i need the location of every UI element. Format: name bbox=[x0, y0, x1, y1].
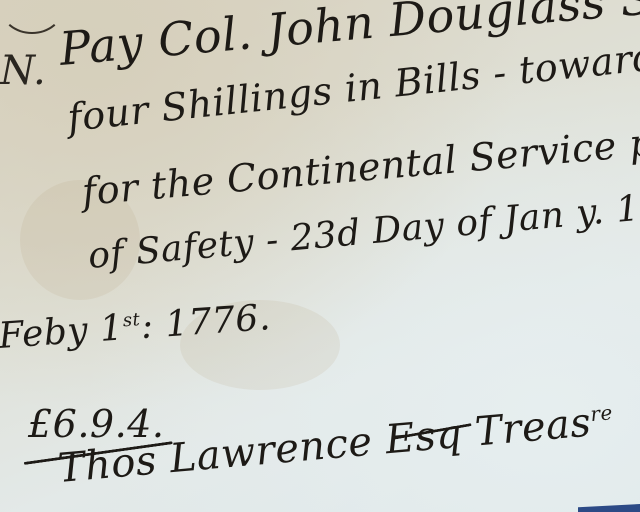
margin-mark: N. bbox=[0, 48, 46, 94]
signature-suffix: re bbox=[589, 400, 613, 426]
date-month: Feby bbox=[0, 310, 89, 357]
date-year: 1776. bbox=[164, 297, 272, 345]
date-day-suffix: st bbox=[122, 309, 141, 331]
background-edge bbox=[578, 504, 640, 512]
date-day: 1 bbox=[99, 307, 125, 350]
ink-flourish bbox=[0, 0, 64, 34]
document-page: N. Pay Col. John Douglass Sep him four S… bbox=[0, 0, 640, 512]
